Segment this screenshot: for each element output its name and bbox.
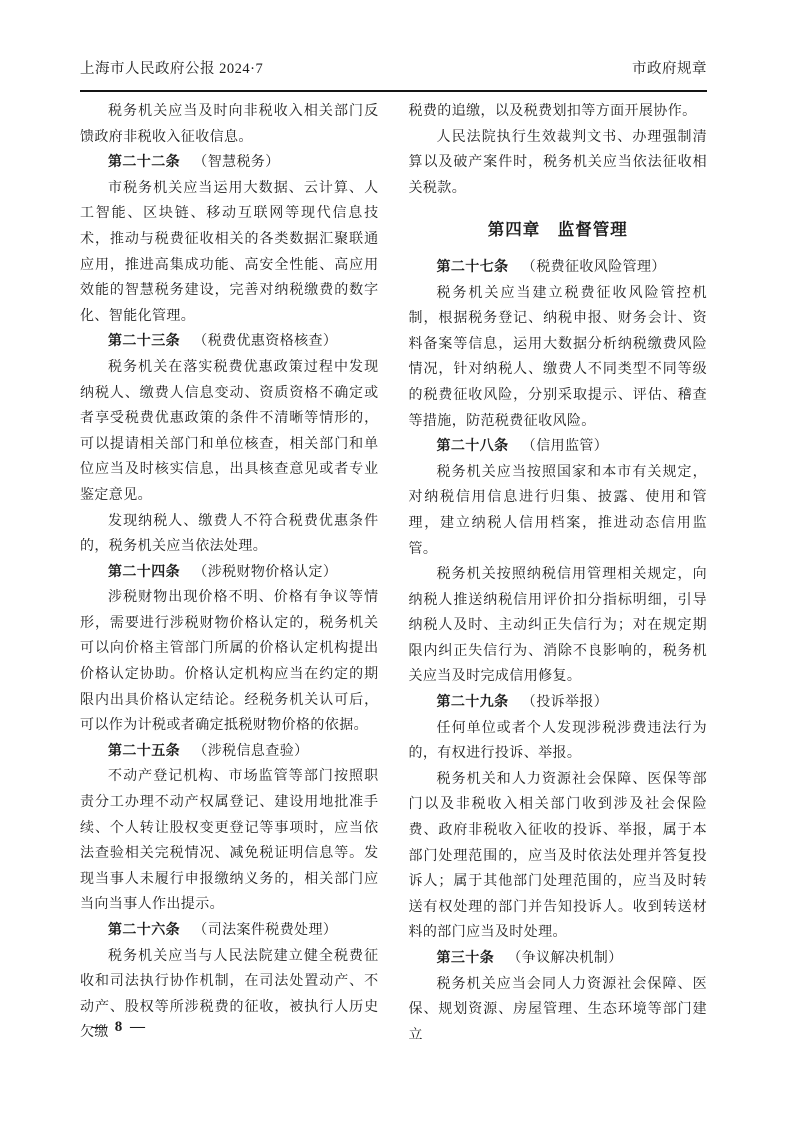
- article-title: （信用监管）: [522, 439, 608, 454]
- article-number: 第三十条: [437, 951, 495, 966]
- body-paragraph: 税务机关和人力资源社会保障、医保等部门以及非税收入相关部门收到涉及社会保险费、政…: [409, 767, 708, 946]
- article-title: （投诉举报）: [522, 695, 608, 710]
- article-heading: 第二十六条（司法案件税费处理）: [80, 918, 379, 944]
- article-heading: 第二十八条（信用监管）: [409, 434, 708, 460]
- article-title: （税费优惠资格核查）: [193, 334, 337, 349]
- body-paragraph: 人民法院执行生效裁判文书、办理强制清算以及破产案件时，税务机关应当依法征收相关税…: [409, 125, 708, 202]
- article-number: 第二十四条: [108, 565, 180, 580]
- body-paragraph: 税务机关应当按照国家和本市有关规定，对纳税信用信息进行归集、披露、使用和管理，建…: [409, 460, 708, 562]
- article-heading: 第三十条（争议解决机制）: [409, 946, 708, 972]
- article-number: 第二十三条: [108, 334, 180, 349]
- article-heading: 第二十二条（智慧税务）: [80, 150, 379, 176]
- article-heading: 第二十四条（涉税财物价格认定）: [80, 560, 379, 586]
- page-header: 上海市人民政府公报 2024·7 市政府规章: [80, 0, 707, 92]
- document-body: 税务机关应当及时向非税收入相关部门反馈政府非税收入征收信息。第二十二条（智慧税务…: [80, 99, 707, 1048]
- body-paragraph: 税务机关在落实税费优惠政策过程中发现纳税人、缴费人信息变动、资质资格不确定或者享…: [80, 355, 379, 509]
- body-paragraph: 市税务机关应当运用大数据、云计算、人工智能、区块链、移动互联网等现代信息技术，推…: [80, 176, 379, 330]
- body-paragraph: 税务机关应当建立税费征收风险管控机制，根据税务登记、纳税申报、财务会计、资料备案…: [409, 281, 708, 435]
- article-title: （涉税财物价格认定）: [193, 565, 337, 580]
- article-title: （涉税信息查验）: [193, 744, 308, 759]
- article-number: 第二十九条: [437, 695, 509, 710]
- article-title: （税费征收风险管理）: [522, 260, 666, 275]
- body-paragraph: 发现纳税人、缴费人不符合税费优惠条件的，税务机关应当依法处理。: [80, 509, 379, 560]
- body-paragraph: 税务机关应当会同人力资源社会保障、医保、规划资源、房屋管理、生态环境等部门建立: [409, 972, 708, 1049]
- article-number: 第二十五条: [108, 744, 180, 759]
- body-paragraph: 税务机关按照纳税信用管理相关规定，向纳税人推送纳税信用评价扣分指标明细，引导纳税…: [409, 562, 708, 690]
- gazette-page: 上海市人民政府公报 2024·7 市政府规章 税务机关应当及时向非税收入相关部门…: [0, 0, 793, 1122]
- article-heading: 第二十七条（税费征收风险管理）: [409, 255, 708, 281]
- body-paragraph: 税费的追缴，以及税费划扣等方面开展协作。: [409, 99, 708, 125]
- article-title: （司法案件税费处理）: [193, 923, 337, 938]
- body-paragraph: 不动产登记机构、市场监管等部门按照职责分工办理不动产权属登记、建设用地批准手续、…: [80, 764, 379, 918]
- left-column: 税务机关应当及时向非税收入相关部门反馈政府非税收入征收信息。第二十二条（智慧税务…: [80, 99, 379, 1048]
- article-number: 第二十八条: [437, 439, 509, 454]
- page-number: — 8 —: [92, 1019, 147, 1036]
- body-paragraph: 涉税财物出现价格不明、价格有争议等情形，需要进行涉税财物价格认定的，税务机关可以…: [80, 585, 379, 739]
- article-title: （智慧税务）: [193, 155, 279, 170]
- article-number: 第二十二条: [108, 155, 180, 170]
- article-number: 第二十六条: [108, 923, 180, 938]
- article-heading: 第二十三条（税费优惠资格核查）: [80, 329, 379, 355]
- article-heading: 第二十九条（投诉举报）: [409, 690, 708, 716]
- article-title: （争议解决机制）: [507, 951, 622, 966]
- section-label: 市政府规章: [632, 57, 707, 78]
- chapter-heading: 第四章 监督管理: [409, 217, 708, 243]
- article-heading: 第二十五条（涉税信息查验）: [80, 739, 379, 765]
- article-number: 第二十七条: [437, 260, 509, 275]
- right-column: 税费的追缴，以及税费划扣等方面开展协作。人民法院执行生效裁判文书、办理强制清算以…: [409, 99, 708, 1048]
- gazette-title: 上海市人民政府公报 2024·7: [80, 57, 263, 78]
- body-paragraph: 税务机关应当及时向非税收入相关部门反馈政府非税收入征收信息。: [80, 99, 379, 150]
- body-paragraph: 任何单位或者个人发现涉税涉费违法行为的，有权进行投诉、举报。: [409, 716, 708, 767]
